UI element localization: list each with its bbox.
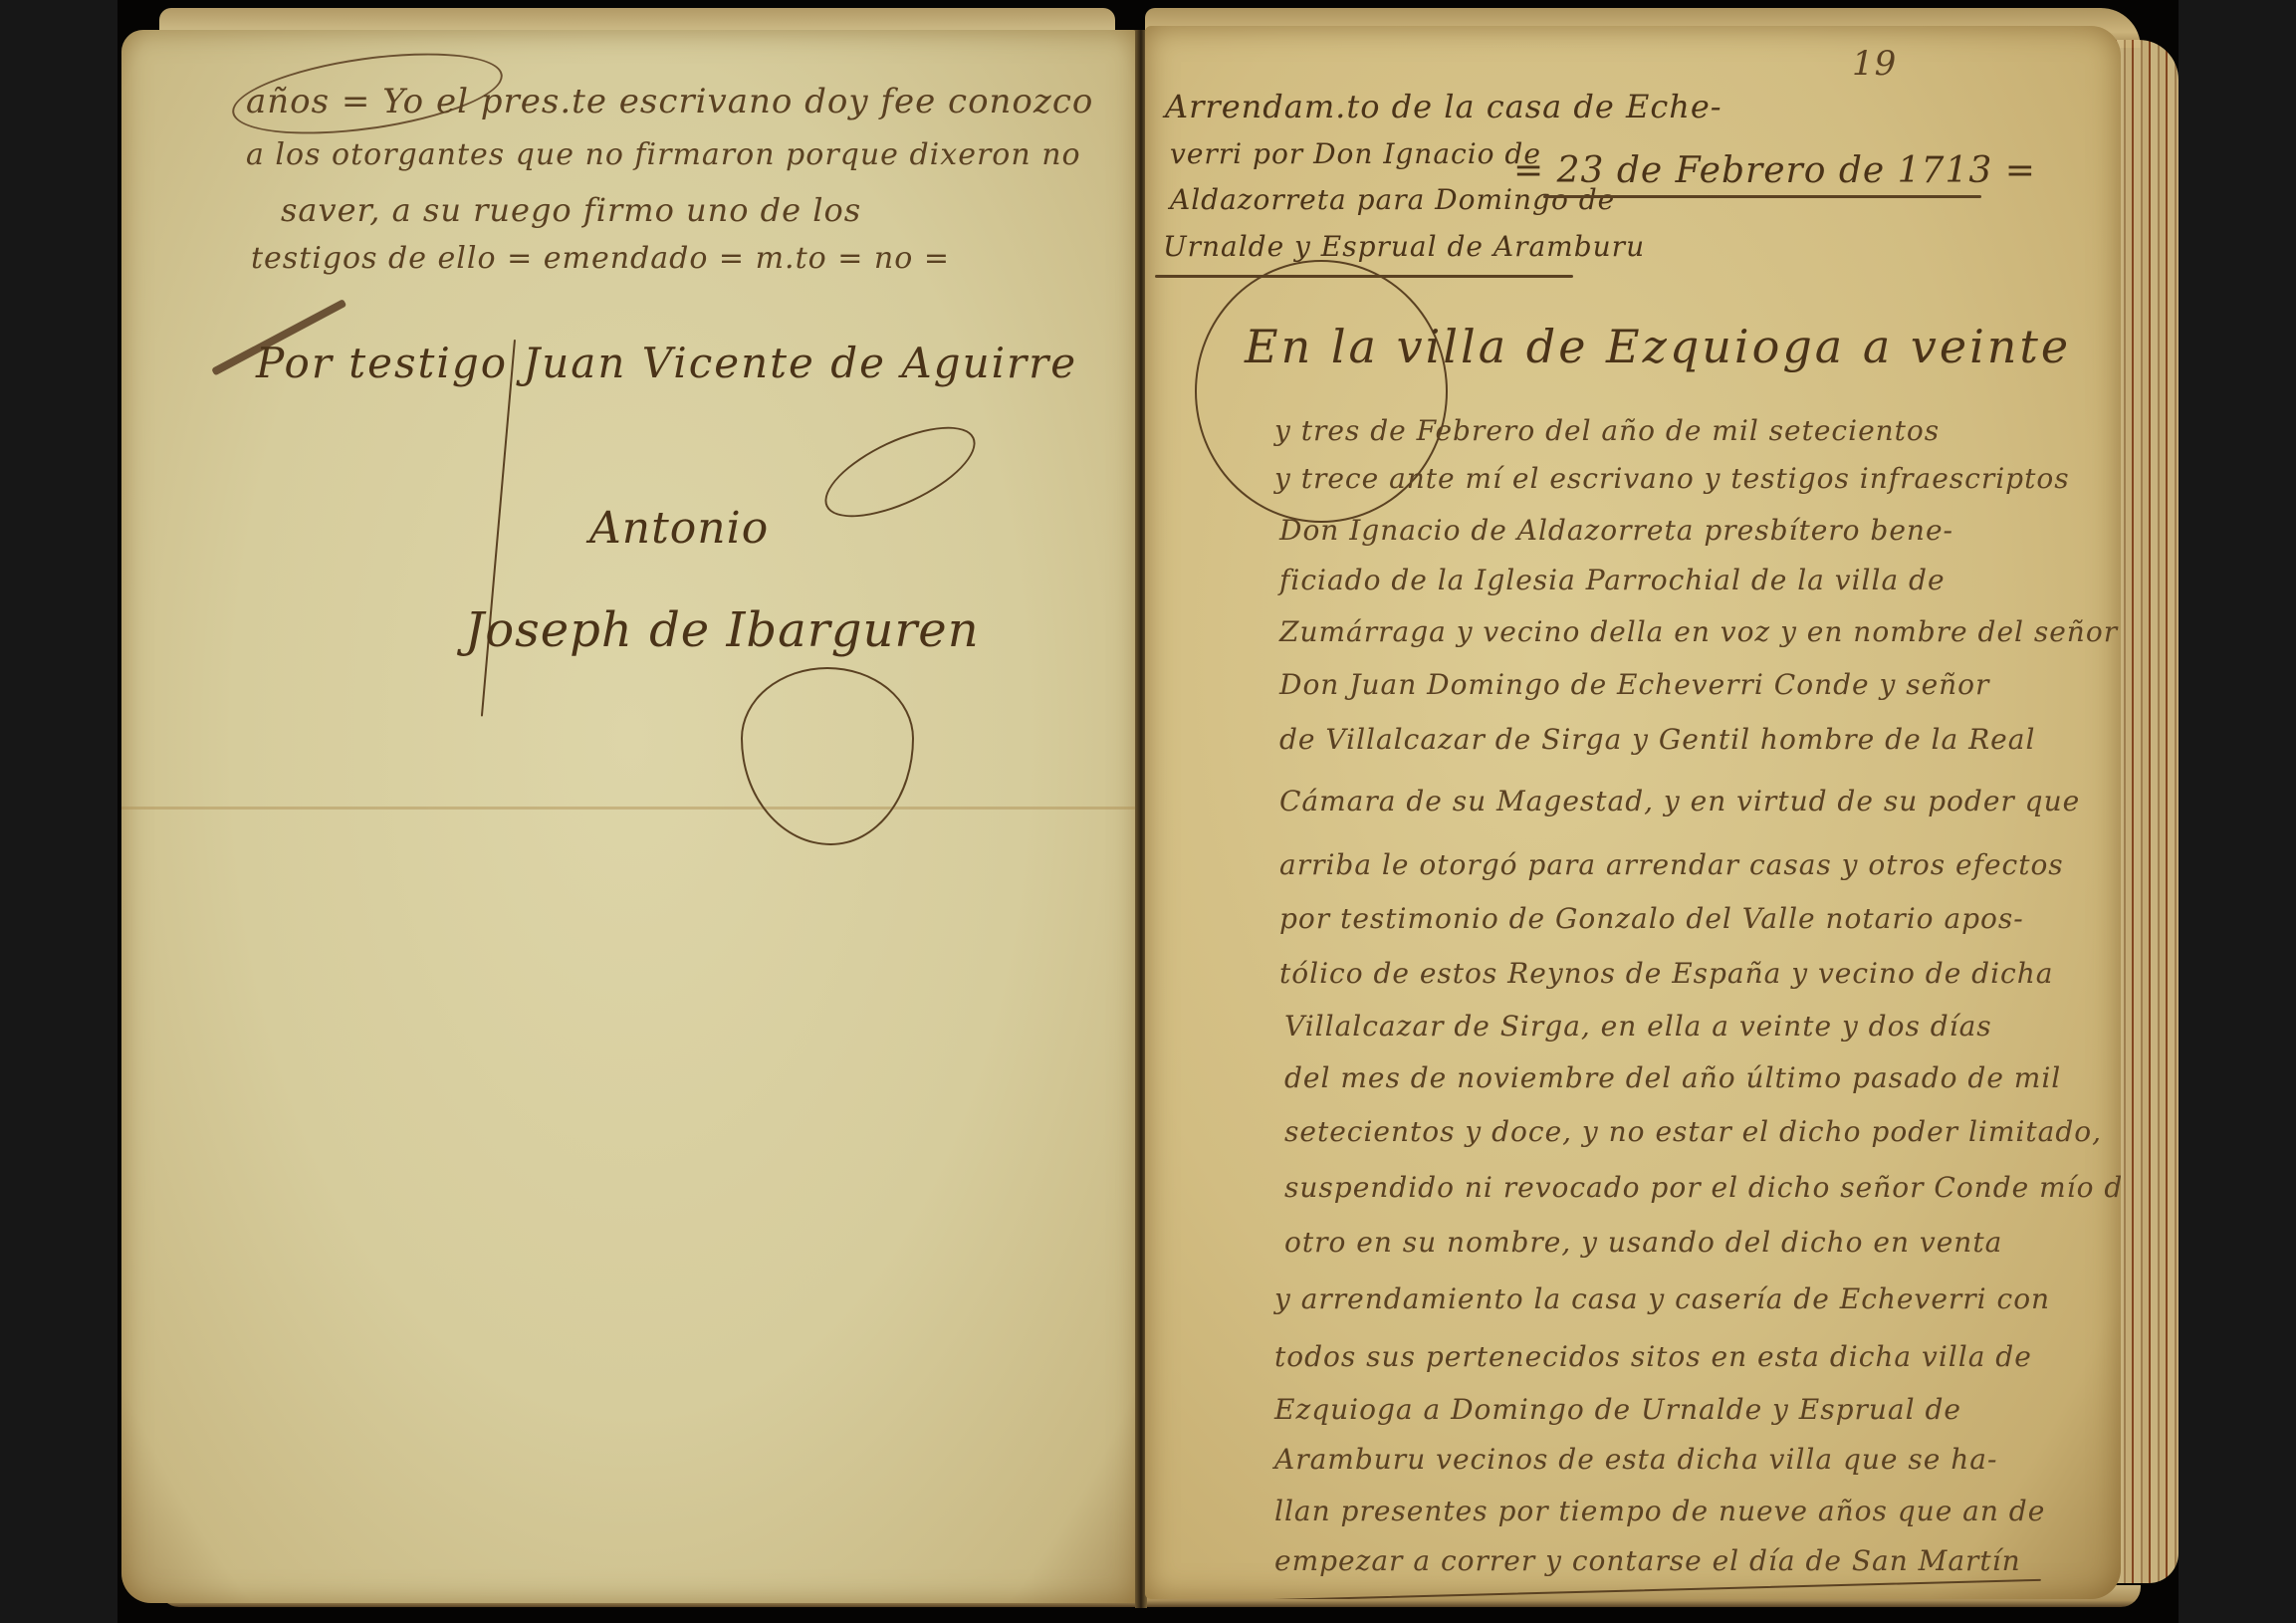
date-heading: = 23 de Febrero de 1713 = (1513, 150, 2036, 191)
folio-number: 19 (1852, 44, 1897, 84)
body-line-6: Zumárraga y vecino della en voz y en nom… (1279, 615, 2118, 648)
left-page: años = Yo el pres.te escrivano doy fee c… (121, 30, 1139, 1603)
closing-line-4: testigos de ello = emendado = m.to = no … (251, 241, 950, 276)
signature-joseph: Joseph de Ibarguren (465, 602, 980, 658)
body-line-15: setecientos y doce, y no estar el dicho … (1284, 1115, 2102, 1148)
body-line-23: empezar a correr y contarse el día de Sa… (1274, 1544, 2021, 1577)
body-line-13: Villalcazar de Sirga, en ella a veinte y… (1284, 1010, 1992, 1043)
witness-signature-line: Por testigo Juan Vicente de Aguirre (256, 339, 1077, 387)
body-line-5: ficiado de la Iglesia Parrochial de la v… (1279, 564, 1946, 596)
body-line-17: otro en su nombre, y usando del dicho en… (1284, 1226, 2002, 1259)
body-line-4: Don Ignacio de Aldazorreta presbítero be… (1279, 514, 1953, 547)
body-line-19: todos sus pertenecidos sitos en esta dic… (1274, 1340, 2032, 1373)
date-underline (1543, 195, 1981, 198)
body-line-16: suspendido ni revocado por el dicho seño… (1284, 1171, 2121, 1204)
margin-heading-line-4: Urnalde y Esprual de Aramburu (1163, 230, 1645, 263)
body-line-9: Cámara de su Magestad, y en virtud de su… (1279, 785, 2080, 817)
body-line-22: llan presentes por tiempo de nueve años … (1274, 1495, 2045, 1527)
body-line-2: y tres de Febrero del año de mil setecie… (1274, 414, 1940, 447)
signature-flourish (812, 408, 988, 535)
signature-stroke (481, 340, 516, 717)
body-line-1: En la villa de Ezquioga a veinte (1245, 320, 2071, 373)
body-line-18: y arrendamiento la casa y casería de Ech… (1274, 1282, 2050, 1315)
body-line-20: Ezquioga a Domingo de Urnalde y Esprual … (1274, 1393, 1961, 1426)
margin-heading-line-1: Arrendam.to de la casa de Eche- (1165, 88, 1722, 125)
signature-rubric-loop (741, 667, 914, 845)
body-line-3: y trece ante mí el escrivano y testigos … (1274, 462, 2070, 495)
body-line-7: Don Juan Domingo de Echeverri Conde y se… (1279, 668, 1989, 701)
body-line-12: tólico de estos Reynos de España y vecin… (1279, 957, 2053, 990)
closing-line-1: años = Yo el pres.te escrivano doy fee c… (246, 82, 1093, 121)
closing-line-3: saver, a su ruego firmo uno de los (281, 191, 861, 229)
body-line-14: del mes de noviembre del año último pasa… (1284, 1061, 2061, 1094)
closing-flourish-line (1264, 1579, 2041, 1599)
horizontal-fold-line (121, 807, 1139, 810)
closing-line-2: a los otorgantes que no firmaron porque … (246, 137, 1081, 172)
body-line-11: por testimonio de Gonzalo del Valle nota… (1279, 902, 2024, 935)
body-line-10: arriba le otorgó para arrendar casas y o… (1279, 848, 2064, 881)
body-line-8: de Villalcazar de Sirga y Gentil hombre … (1279, 723, 2035, 756)
right-page: 19 Arrendam.to de la casa de Eche- verri… (1145, 26, 2121, 1599)
body-line-21: Aramburu vecinos de esta dicha villa que… (1274, 1443, 1997, 1476)
margin-heading-line-2: verri por Don Ignacio de (1170, 137, 1541, 170)
signature-antonio: Antonio (589, 503, 769, 554)
